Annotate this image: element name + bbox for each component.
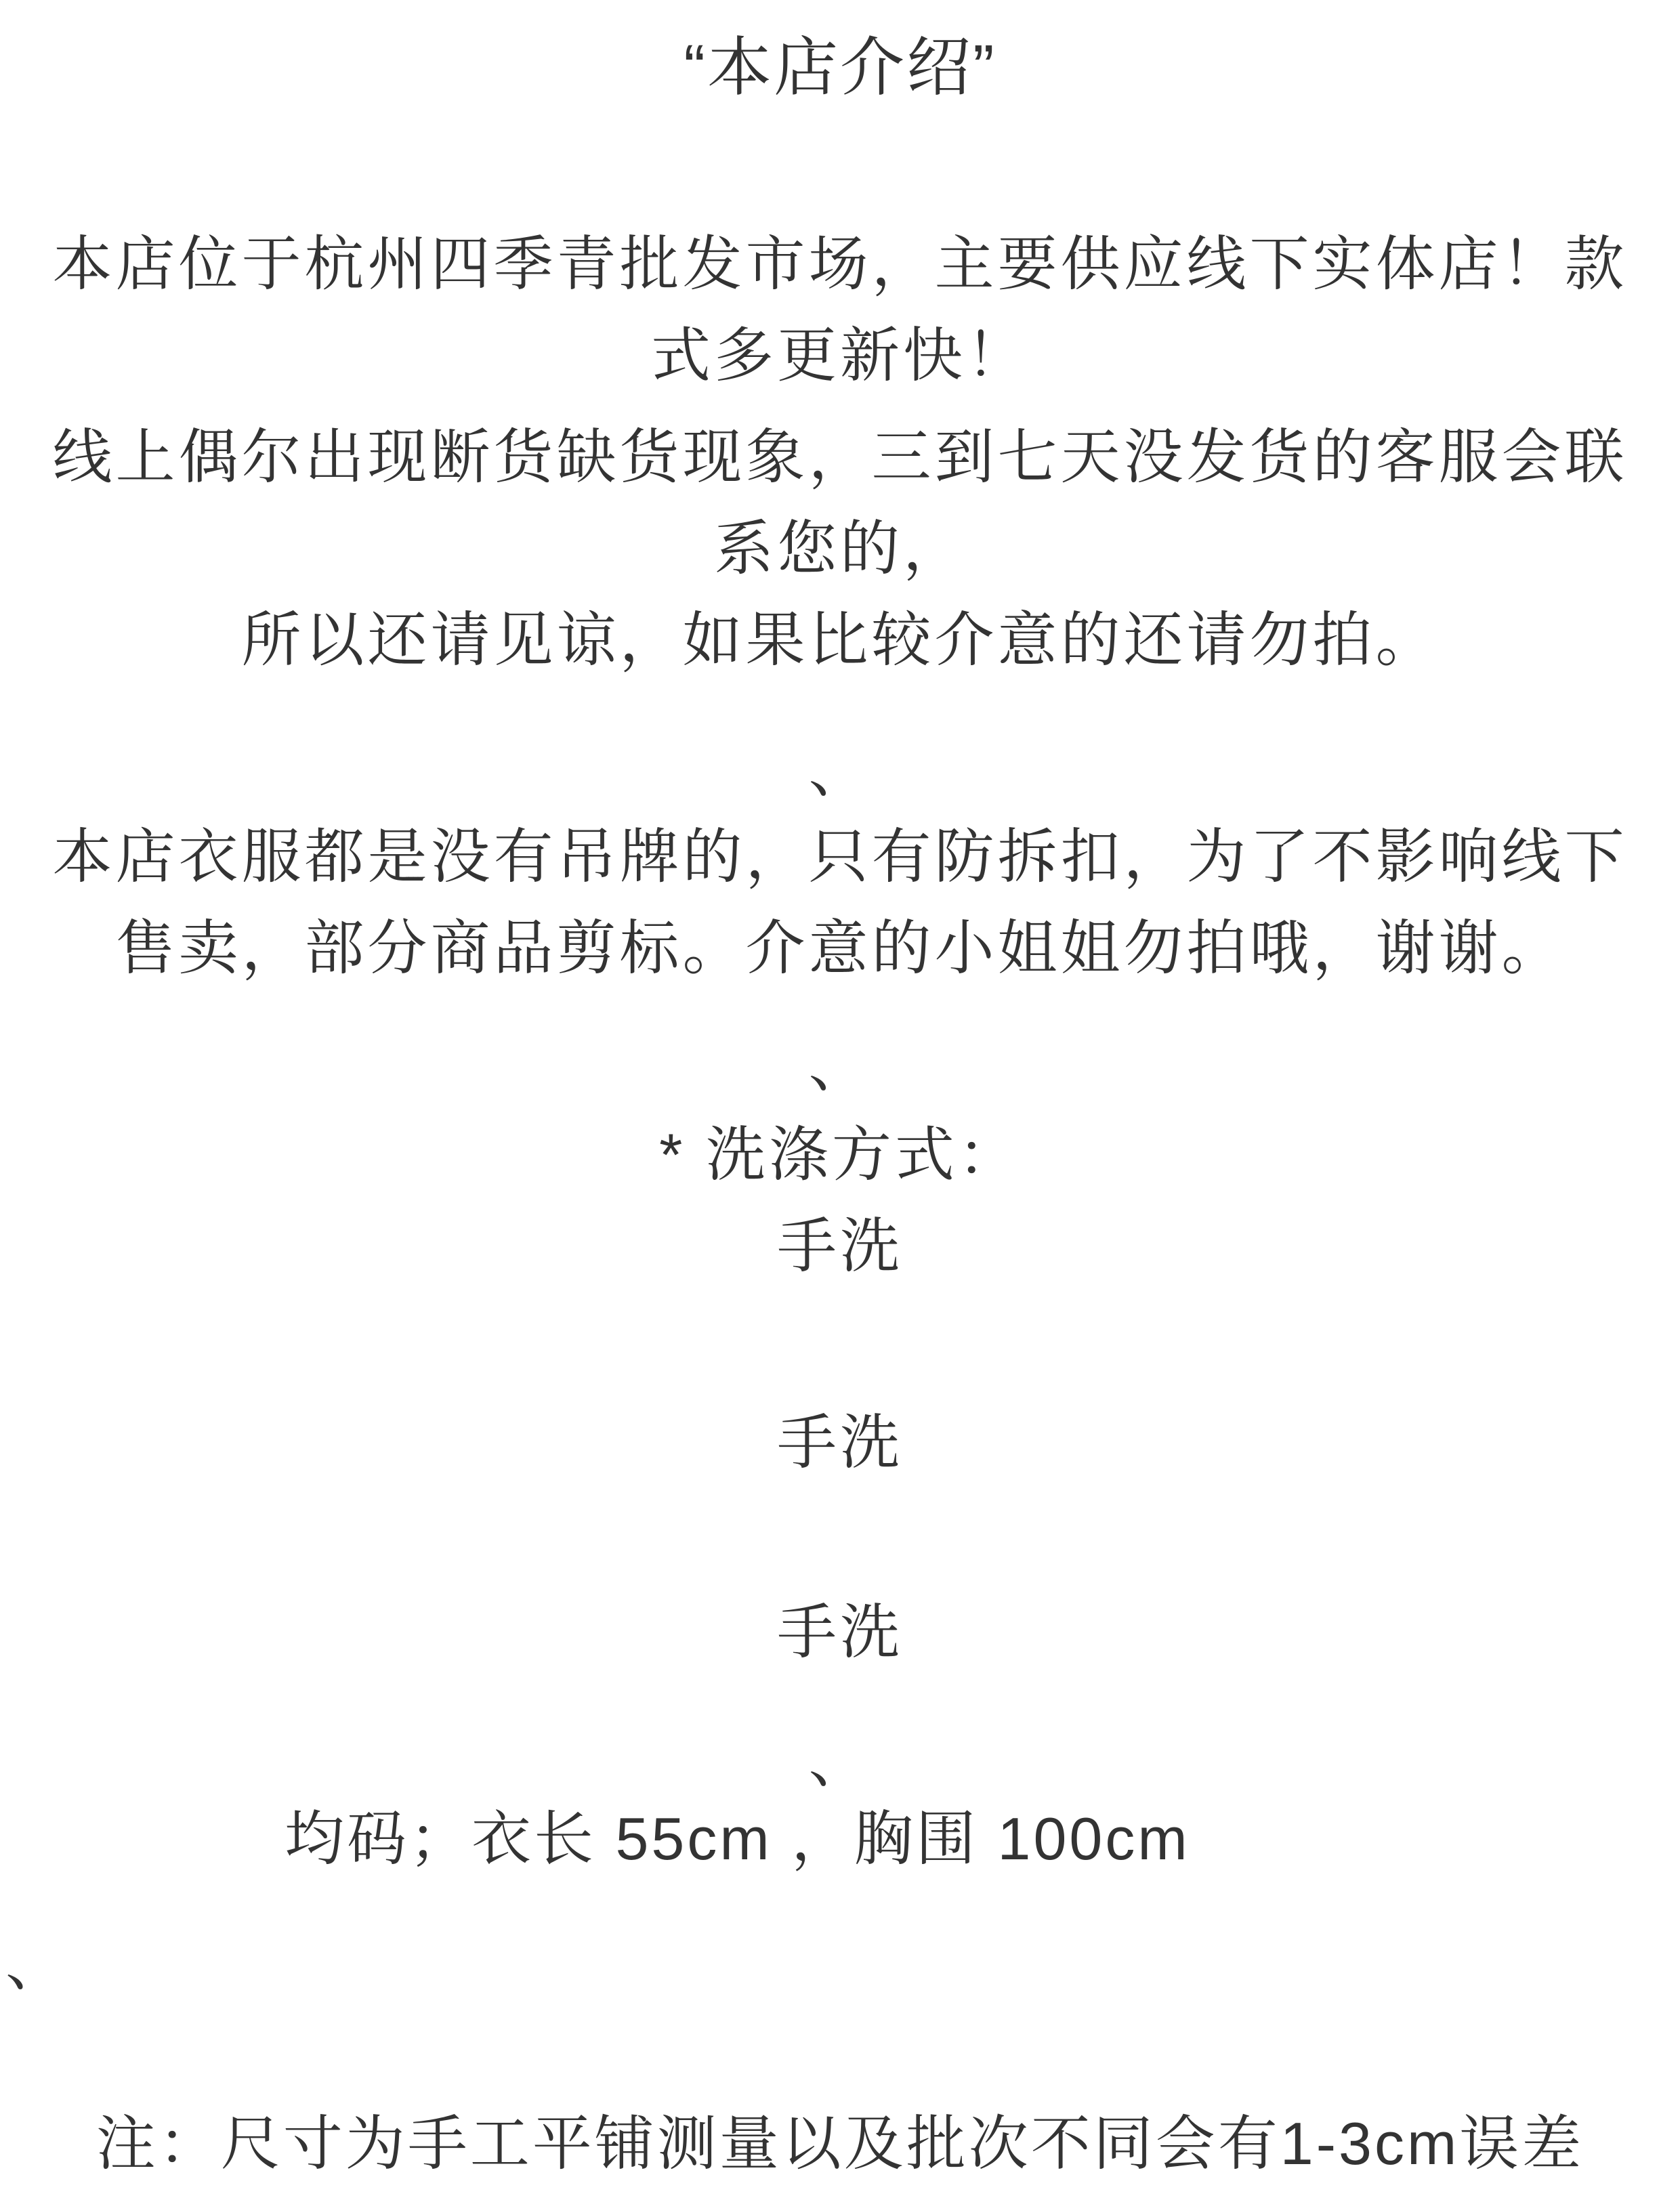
no-tags-paragraph: 本店衣服都是没有吊牌的，只有防拆扣，为了不影响线下 售卖，部分商品剪标。介意的小… [0,811,1680,994]
separator-mark: 、 [0,725,1680,816]
washing-method-item: 手洗 [0,1586,1680,1678]
stock-availability-paragraph: 线上偶尔出现断货缺货现象，三到七天没发货的客服会联 系您的， 所以还请见谅，如果… [0,411,1680,685]
washing-method-item: 手洗 [0,1397,1680,1488]
store-intro-title: “本店介绍” [0,20,1680,115]
store-intro-page: “本店介绍” 本店位于杭州四季青批发市场，主要供应线下实体店！款 式多更新快！ … [0,0,1680,2200]
washing-method-item: 手洗 [0,1200,1680,1292]
separator-mark: 、 [0,1019,1680,1111]
separator-mark-left: 、 [5,1918,68,2010]
washing-method-heading: * 洗涤方式： [0,1109,1680,1200]
measurement-note: 注：尺寸为手工平铺测量以及批次不同会有1-3cm误差 [0,2098,1680,2189]
location-paragraph: 本店位于杭州四季青批发市场，主要供应线下实体店！款 式多更新快！ [0,218,1680,401]
size-spec-line: 均码；衣长 55cm ，胸围 100cm [285,1793,1190,1884]
